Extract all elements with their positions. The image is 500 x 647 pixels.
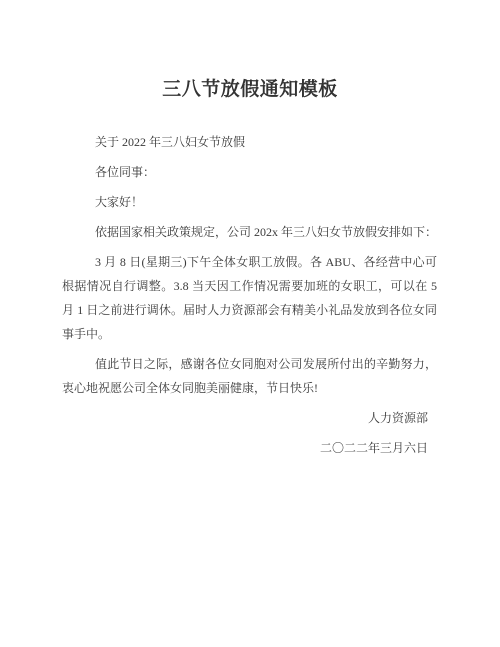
notice-document-page: 三八节放假通知模板 关于 2022 年三八妇女节放假 各位同事： 大家好！ 依据… (0, 0, 500, 647)
paragraph-festival-wishes: 值此节日之际，感谢各位女同胞对公司发展所付出的辛勤努力，衷心地祝愿公司全体女同胞… (62, 352, 437, 400)
salutation-line: 各位同事： (62, 160, 437, 184)
subject-line: 关于 2022 年三八妇女节放假 (62, 130, 437, 154)
signature-department: 人力资源部 (62, 406, 437, 430)
document-body: 关于 2022 年三八妇女节放假 各位同事： 大家好！ 依据国家相关政策规定，公… (62, 130, 437, 460)
greeting-line: 大家好！ (62, 190, 437, 214)
paragraph-policy-intro: 依据国家相关政策规定，公司 202x 年三八妇女节放假安排如下： (62, 220, 437, 244)
signature-date: 二〇二二年三月六日 (62, 436, 437, 460)
document-title: 三八节放假通知模板 (0, 0, 500, 100)
paragraph-holiday-arrangement: 3 月 8 日(星期三)下午全体女职工放假。各 ABU、各经营中心可根据情况自行… (62, 250, 437, 346)
